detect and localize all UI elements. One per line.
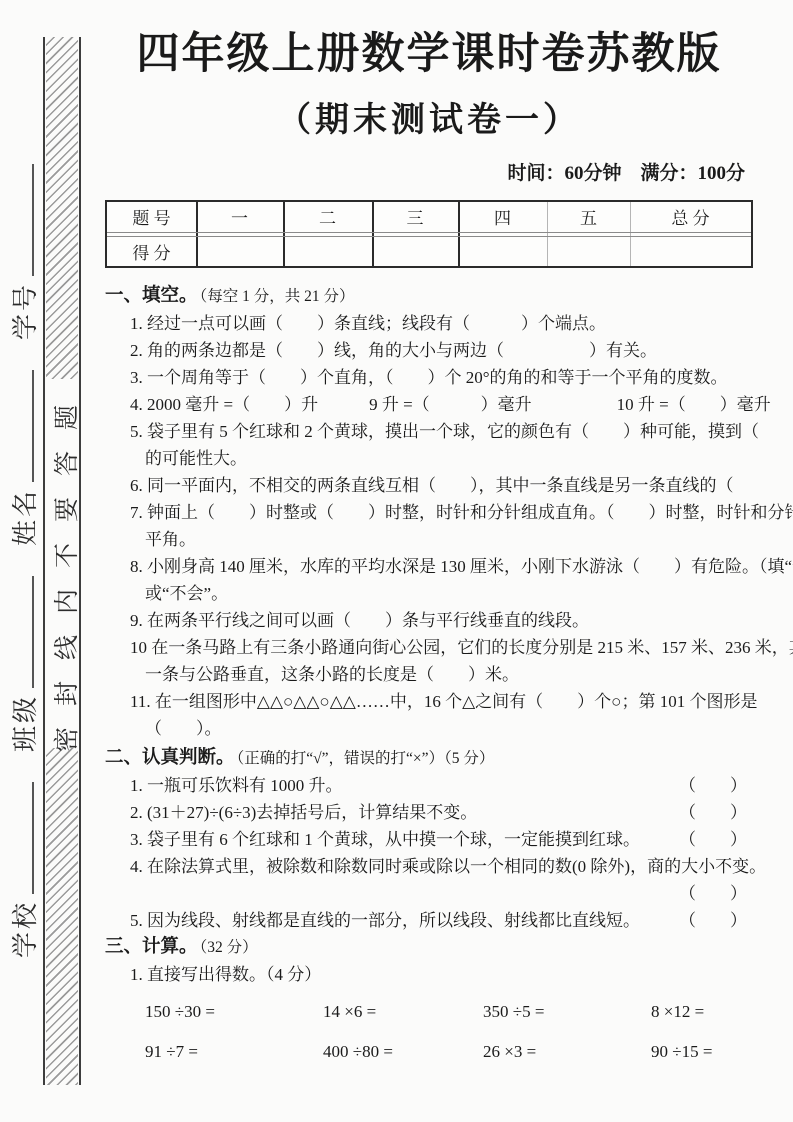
judge-item-4-text: 4. 在除法算式里，被除数和除数同时乘或除以一个相同的数(0 除外)，商的大小不…: [130, 857, 766, 876]
score-table-score-row: 得 分: [107, 237, 751, 266]
seal-line-inner-rule: [43, 37, 45, 1085]
fill-item-1: 1. 经过一点可以画（ ）条直线；线段有（ ）个端点。: [130, 310, 753, 337]
student-number-blank-line: [24, 164, 34, 276]
fill-item-7: 7. 钟面上（ ）时整或（ ）时整，时针和分针组成直角。（ ）时整，时针和分针组…: [130, 499, 753, 526]
oral-calculation-grid: 150 ÷30 = 14 ×6 = 350 ÷5 = 8 ×12 = 91 ÷7…: [145, 992, 753, 1072]
answer-brackets: （ ）: [679, 907, 747, 934]
answer-brackets: （ ）: [679, 799, 747, 826]
seal-text: 密封线内不要答题: [47, 372, 83, 752]
fill-item-11-cont: （ ）。: [145, 715, 753, 742]
equation: 90 ÷15 =: [651, 1032, 753, 1072]
calc-subheading: 1. 直接写出得数。（4 分）: [130, 961, 753, 988]
col-header-4: 四: [458, 204, 547, 229]
section-2-title: 二、认真判断。: [105, 748, 235, 768]
judge-item-1: 1. 一瓶可乐饮料有 1000 升。 （ ）: [130, 772, 753, 799]
fill-item-5-cont: 的可能性大。: [145, 445, 753, 472]
score-table-header-row: 题 号 一 二 三 四 五 总 分: [107, 202, 751, 232]
equation: 14 ×6 =: [323, 992, 483, 1032]
answer-brackets: （ ）: [679, 826, 747, 853]
seal-hatch-top: [46, 37, 78, 379]
judge-item-3: 3. 袋子里有 6 个红球和 1 个黄球，从中摸一个球，一定能摸到红球。 （ ）: [130, 826, 753, 853]
fill-item-10: 10 在一条马路上有三条小路通向街心公园，它们的长度分别是 215 米、157 …: [130, 634, 753, 661]
section-2-note: （正确的打“√”，错误的打“×”）（5 分）: [235, 750, 495, 767]
section-2-heading: 二、认真判断。（正确的打“√”，错误的打“×”）（5 分）: [105, 745, 753, 772]
judge-item-1-text: 1. 一瓶可乐饮料有 1000 升。: [130, 776, 343, 795]
col-header-3: 三: [372, 204, 458, 229]
fill-item-11: 11. 在一组图形中△△○△△○△△……中，16 个△之间有（ ）个○；第 10…: [130, 688, 753, 715]
class-label: 班级: [11, 694, 40, 752]
total-score-header: 总 分: [630, 204, 751, 229]
col-header-5: 五: [547, 204, 630, 229]
answer-brackets: （ ）: [679, 772, 747, 799]
student-number-label: 学号: [11, 282, 40, 340]
paper-title: 四年级上册数学课时卷苏教版: [105, 30, 753, 79]
judge-item-4: 4. 在除法算式里，被除数和除数同时乘或除以一个相同的数(0 除外)，商的大小不…: [130, 853, 753, 880]
page: { "colors": { "ink": "#1a1a1a", "seal_ru…: [0, 0, 793, 1122]
equation: 350 ÷5 =: [483, 992, 651, 1032]
judge-item-2-text: 2. (31＋27)÷(6÷3)去掉括号后，计算结果不变。: [130, 803, 477, 822]
section-1-heading: 一、填空。（每空 1 分，共 21 分）: [105, 283, 753, 310]
fill-item-8-cont: 或“不会”。: [145, 580, 753, 607]
fill-item-9: 9. 在两条平行线之间可以画（ ）条与平行线垂直的线段。: [130, 607, 753, 634]
col-header-1: 一: [196, 204, 283, 229]
fill-item-4: 4. 2000 毫升 =（ ）升 9 升 =（ ）毫升 10 升 =（ ）毫升: [130, 391, 753, 418]
question-number-header: 题 号: [107, 204, 196, 229]
section-1-note: （每空 1 分，共 21 分）: [198, 288, 355, 305]
score-table: 题 号 一 二 三 四 五 总 分 得 分: [105, 200, 753, 268]
paper-subtitle: （期末测试卷一）: [105, 101, 753, 140]
judge-item-3-text: 3. 袋子里有 6 个红球和 1 个黄球，从中摸一个球，一定能摸到红球。: [130, 830, 640, 849]
equation: 150 ÷30 =: [145, 992, 323, 1032]
judge-item-2: 2. (31＋27)÷(6÷3)去掉括号后，计算结果不变。 （ ）: [130, 799, 753, 826]
answer-brackets: （ ）: [679, 880, 747, 907]
name-blank-line: [24, 370, 34, 482]
equation: 400 ÷80 =: [323, 1032, 483, 1072]
judge-item-4-answer-line: （ ）: [105, 880, 753, 907]
section-3-title: 三、计算。: [105, 937, 198, 957]
school-label: 学校: [11, 900, 40, 958]
fill-item-2: 2. 角的两条边都是（ ）线，角的大小与两边（ ）有关。: [130, 337, 753, 364]
judge-item-5-text: 5. 因为线段、射线都是直线的一部分，所以线段、射线都比直线短。: [130, 911, 640, 930]
equation: 8 ×12 =: [651, 992, 753, 1032]
equation: 91 ÷7 =: [145, 1032, 323, 1072]
student-info-strip: 学校班级姓名学号: [5, 158, 42, 958]
table-row-divider: [107, 232, 751, 237]
name-label: 姓名: [11, 488, 40, 546]
class-blank-line: [24, 576, 34, 688]
fill-item-6: 6. 同一平面内，不相交的两条直线互相（ ），其中一条直线是另一条直线的（ ）。: [130, 472, 753, 499]
fill-item-5: 5. 袋子里有 5 个红球和 2 个黄球，摸出一个球，它的颜色有（ ）种可能，摸…: [130, 418, 753, 445]
seal-hatch-bottom: [46, 748, 78, 1085]
section-3-heading: 三、计算。（32 分）: [105, 934, 753, 961]
judge-item-5: 5. 因为线段、射线都是直线的一部分，所以线段、射线都比直线短。 （ ）: [130, 907, 753, 934]
school-blank-line: [24, 782, 34, 894]
exam-paper: 四年级上册数学课时卷苏教版 （期末测试卷一） 时间：60分钟 满分：100分 题…: [105, 0, 753, 1072]
fill-item-8: 8. 小刚身高 140 厘米，水库的平均水深是 130 厘米，小刚下水游泳（ ）…: [130, 553, 753, 580]
score-row-label: 得 分: [107, 239, 196, 264]
section-1-title: 一、填空。: [105, 286, 198, 306]
fill-item-3: 3. 一个周角等于（ ）个直角，（ ）个 20°的角的和等于一个平角的度数。: [130, 364, 753, 391]
equation: 26 ×3 =: [483, 1032, 651, 1072]
fill-item-10-cont: 一条与公路垂直，这条小路的长度是（ ）米。: [145, 661, 753, 688]
col-header-2: 二: [283, 204, 372, 229]
section-3-note: （32 分）: [198, 939, 258, 956]
fill-item-7-cont: 平角。: [145, 526, 753, 553]
time-score-info: 时间：60分钟 满分：100分: [105, 161, 753, 186]
